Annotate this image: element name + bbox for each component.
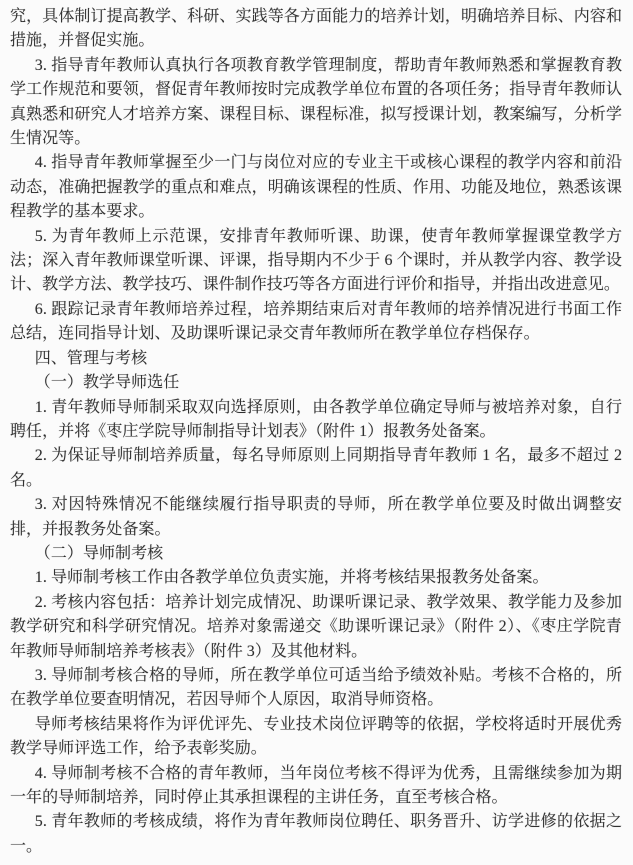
document-page: 究，具体制订提高教学、科研、实践等各方面能力的培养计划，明确培养目标、内容和措施… bbox=[0, 0, 633, 865]
paragraph-duty-5: 5. 为青年教师上示范课，安排青年教师听课、助课，使青年教师掌握课堂教学方法；深… bbox=[10, 225, 622, 298]
paragraph-assessment-2: 2. 考核内容包括：培养计划完成情况、助课听课记录、教学效果、教学能力及参加教学… bbox=[10, 591, 622, 664]
paragraph-duty-4: 4. 指导青年教师掌握至少一门与岗位对应的专业主干或核心课程的教学内容和前沿动态… bbox=[10, 151, 622, 224]
paragraph-assessment-note: 导师考核结果将作为评优评先、专业技术岗位评聘等的依据，学校将适时开展优秀教学导师… bbox=[10, 713, 622, 762]
paragraph-selection-1: 1. 青年教师导师制采取双向选择原则，由各教学单位确定导师与被培养对象，自行聘任… bbox=[10, 396, 622, 445]
subsection-heading-selection: （一）教学导师选任 bbox=[10, 371, 622, 395]
paragraph-continuation: 究，具体制订提高教学、科研、实践等各方面能力的培养计划，明确培养目标、内容和措施… bbox=[10, 5, 622, 54]
paragraph-selection-3: 3. 对因特殊情况不能继续履行指导职责的导师，所在教学单位要及时做出调整安排，并… bbox=[10, 493, 622, 542]
paragraph-selection-2: 2. 为保证导师制培养质量，每名导师原则上同期指导青年教师 1 名，最多不超过 … bbox=[10, 444, 622, 493]
paragraph-assessment-4: 4. 导师制考核不合格的青年教师，当年岗位考核不得评为优秀，且需继续参加为期一年… bbox=[10, 762, 622, 811]
paragraph-duty-6: 6. 跟踪记录青年教师培养过程，培养期结束后对青年教师的培养情况进行书面工作总结… bbox=[10, 298, 622, 347]
paragraph-assessment-3: 3. 导师制考核合格的导师，所在教学单位可适当给予绩效补贴。考核不合格的，所在教… bbox=[10, 664, 622, 713]
paragraph-assessment-1: 1. 导师制考核工作由各教学单位负责实施，并将考核结果报教务处备案。 bbox=[10, 566, 622, 590]
subsection-heading-assessment: （二）导师制考核 bbox=[10, 542, 622, 566]
paragraph-duty-3: 3. 指导青年教师认真执行各项教育教学管理制度，帮助青年教师熟悉和掌握教育教学工… bbox=[10, 54, 622, 152]
section-heading-management: 四、管理与考核 bbox=[10, 347, 622, 371]
paragraph-assessment-5: 5. 青年教师的考核成绩，将作为青年教师岗位聘任、职务晋升、访学进修的依据之一。 bbox=[10, 810, 622, 859]
